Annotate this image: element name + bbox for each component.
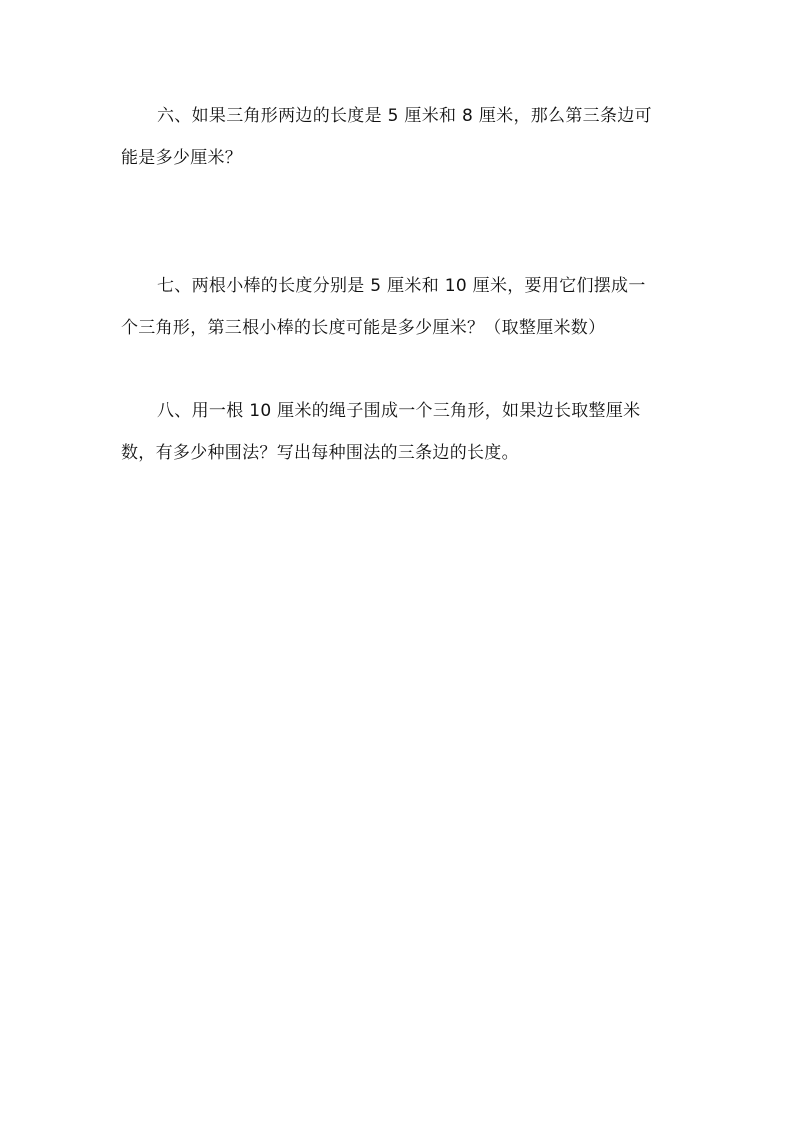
question-seven-line-1: 七、两根小棒的长度分别是 5 厘米和 10 厘米，要用它们摆成一 xyxy=(121,265,681,307)
document-page: 六、如果三角形两边的长度是 5 厘米和 8 厘米，那么第三条边可 能是多少厘米？… xyxy=(0,0,793,1122)
question-six-line-1: 六、如果三角形两边的长度是 5 厘米和 8 厘米，那么第三条边可 xyxy=(121,95,681,137)
question-eight-line-1: 八、用一根 10 厘米的绳子围成一个三角形，如果边长取整厘米 xyxy=(121,390,681,432)
question-six: 六、如果三角形两边的长度是 5 厘米和 8 厘米，那么第三条边可 能是多少厘米？ xyxy=(121,95,681,179)
question-seven-line-2: 个三角形，第三根小棒的长度可能是多少厘米？（取整厘米数） xyxy=(121,307,681,349)
question-six-line-2: 能是多少厘米？ xyxy=(121,137,681,179)
question-eight-line-2: 数，有多少种围法？写出每种围法的三条边的长度。 xyxy=(121,432,681,474)
question-seven: 七、两根小棒的长度分别是 5 厘米和 10 厘米，要用它们摆成一 个三角形，第三… xyxy=(121,265,681,349)
question-eight: 八、用一根 10 厘米的绳子围成一个三角形，如果边长取整厘米 数，有多少种围法？… xyxy=(121,390,681,474)
